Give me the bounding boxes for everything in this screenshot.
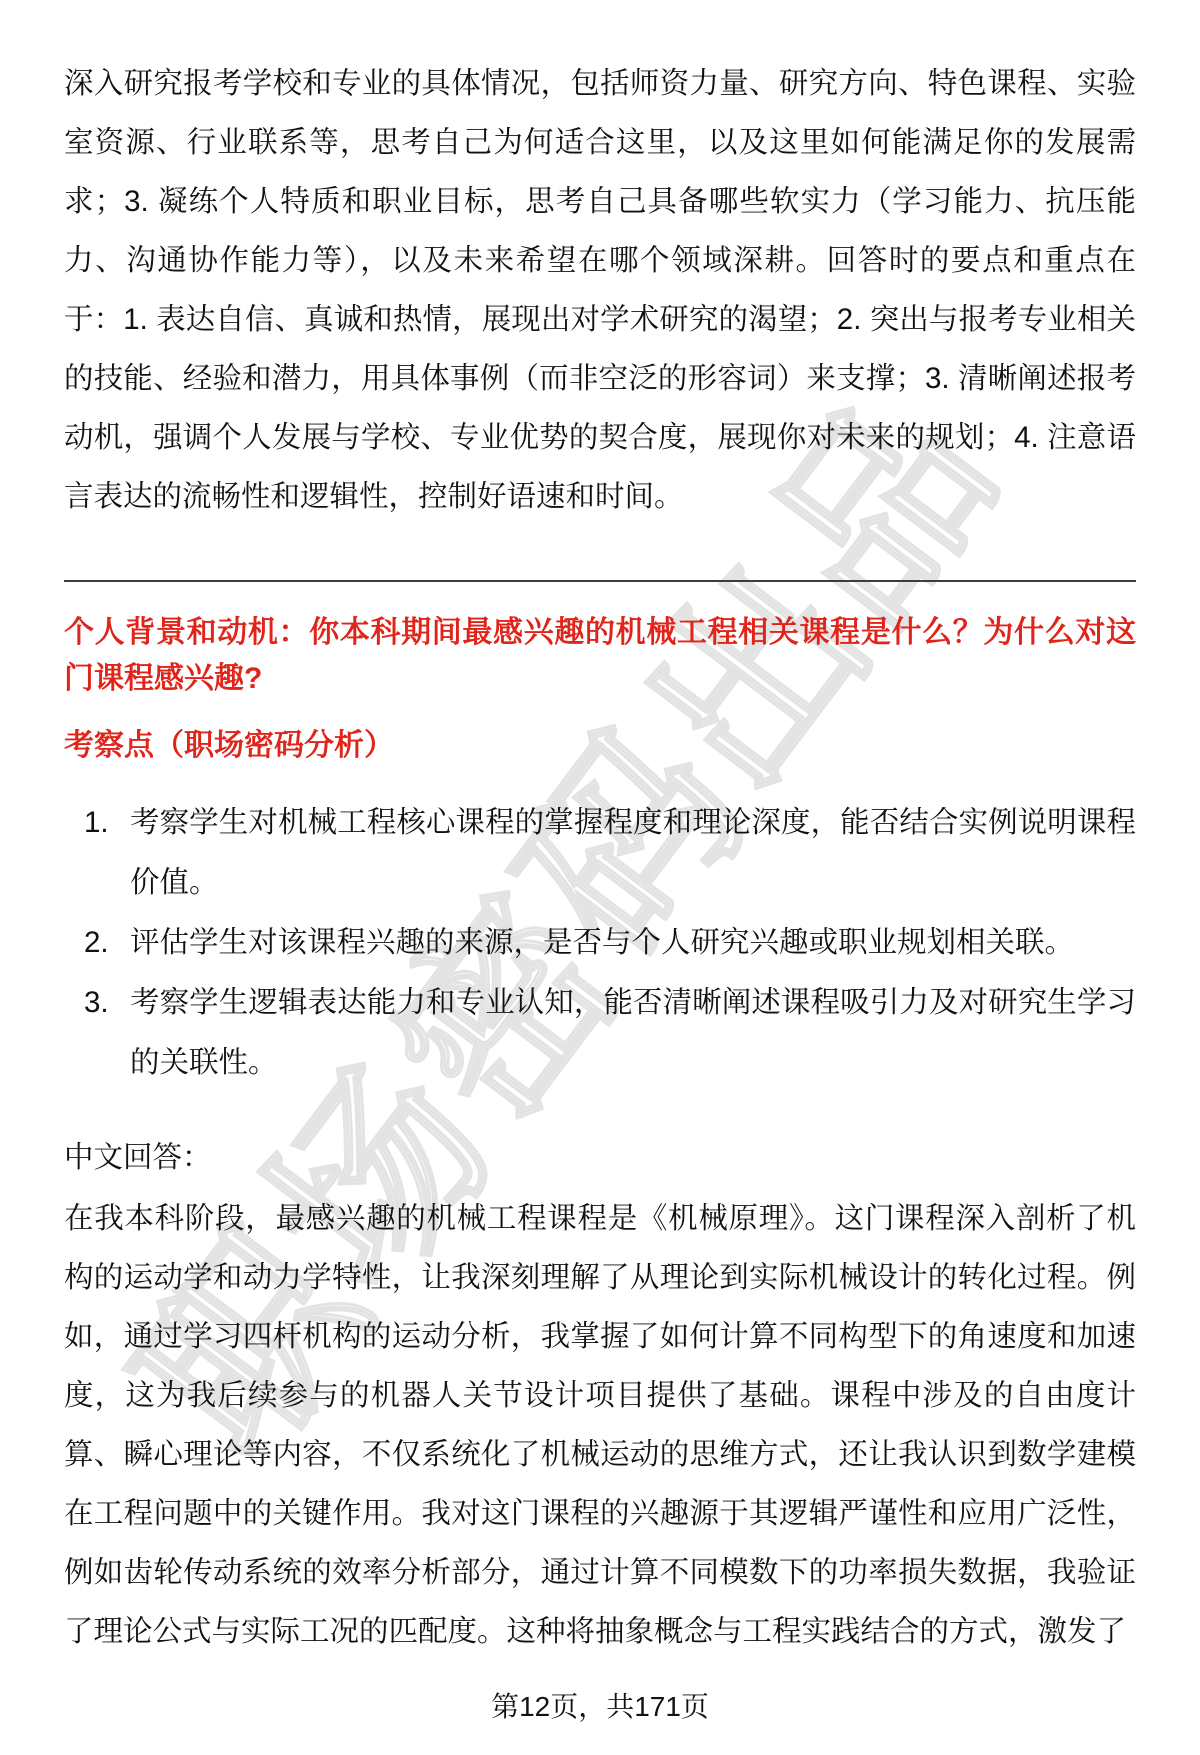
list-item-text: 评估学生对该课程兴趣的来源，是否与个人研究兴趣或职业规划相关联。	[130, 913, 1136, 973]
list-item: 3. 考察学生逻辑表达能力和专业认知，能否清晰阐述课程吸引力及对研究生学习的关联…	[64, 973, 1136, 1093]
list-item-text: 考察学生逻辑表达能力和专业认知，能否清晰阐述课程吸引力及对研究生学习的关联性。	[130, 973, 1136, 1093]
list-item: 2. 评估学生对该课程兴趣的来源，是否与个人研究兴趣或职业规划相关联。	[64, 913, 1136, 973]
answer-label: 中文回答：	[64, 1128, 1136, 1187]
list-item-number: 1.	[84, 793, 130, 913]
section-divider	[64, 580, 1136, 582]
list-item-text: 考察学生对机械工程核心课程的掌握程度和理论深度，能否结合实例说明课程价值。	[130, 793, 1136, 913]
section-heading: 考察点（职场密码分析）	[64, 723, 1136, 769]
page-number: 第12页，共171页	[0, 1690, 1200, 1724]
intro-paragraph: 深入研究报考学校和专业的具体情况，包括师资力量、研究方向、特色课程、实验室资源、…	[64, 54, 1136, 526]
document-page: 职场密码出品 深入研究报考学校和专业的具体情况，包括师资力量、研究方向、特色课程…	[0, 0, 1200, 1755]
list-item: 1. 考察学生对机械工程核心课程的掌握程度和理论深度，能否结合实例说明课程价值。	[64, 793, 1136, 913]
question-heading: 个人背景和动机：你本科期间最感兴趣的机械工程相关课程是什么？为什么对这门课程感兴…	[64, 610, 1136, 702]
assessment-list: 1. 考察学生对机械工程核心课程的掌握程度和理论深度，能否结合实例说明课程价值。…	[64, 793, 1136, 1093]
page-content: 深入研究报考学校和专业的具体情况，包括师资力量、研究方向、特色课程、实验室资源、…	[64, 54, 1136, 1661]
list-item-number: 3.	[84, 973, 130, 1093]
answer-paragraph: 在我本科阶段，最感兴趣的机械工程课程是《机械原理》。这门课程深入剖析了机构的运动…	[64, 1189, 1136, 1661]
list-item-number: 2.	[84, 913, 130, 973]
